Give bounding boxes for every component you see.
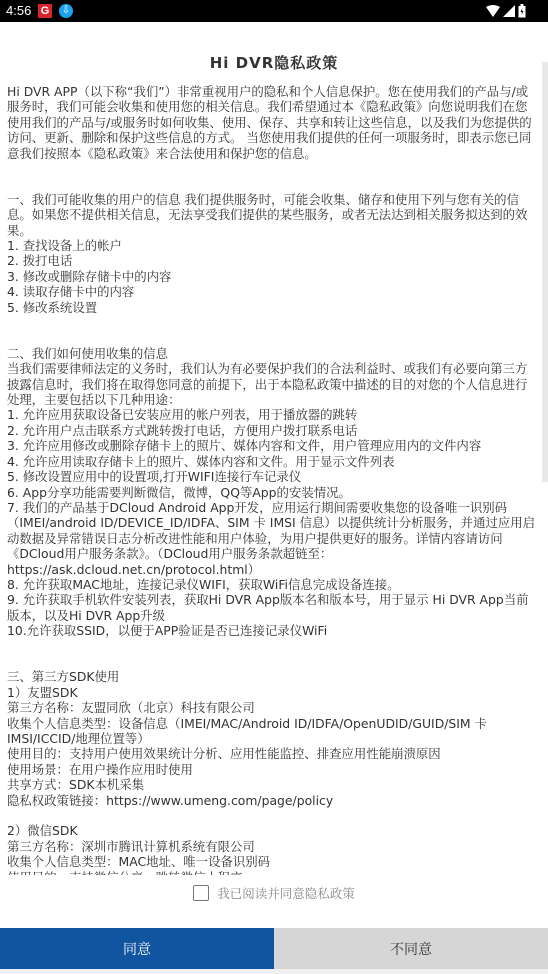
status-bar: 4:56 G ⇩ bbox=[0, 0, 548, 22]
sdk-purpose: 使用目的：支持微信分享、跳转微信小程序 bbox=[7, 870, 539, 875]
agree-checkbox[interactable] bbox=[193, 885, 209, 901]
intro-paragraph: Hi DVR APP（以下称“我们”）非常重视用户的隐私和个人信息保护。您在使用… bbox=[7, 84, 539, 161]
nav-strip bbox=[0, 969, 548, 974]
section2-item: 4. 允许应用读取存储卡上的照片、媒体内容和文件。用于显示文件列表 bbox=[7, 454, 539, 469]
section1-item: 1. 查找设备上的帐户 bbox=[7, 238, 539, 253]
sdk-info-types: 收集个人信息类型：设备信息（IMEI/MAC/Android ID/IDFA/O… bbox=[7, 716, 539, 747]
section2-item: 10.允许获取SSID，以便于APP验证是否已连接记录仪WiFi bbox=[7, 623, 539, 638]
sdk-purpose: 使用目的：支持用户使用效果统计分析、应用性能监控、排查应用性能崩溃原因 bbox=[7, 746, 539, 761]
section1-item: 4. 读取存储卡中的内容 bbox=[7, 284, 539, 299]
agree-button[interactable]: 同意 bbox=[0, 928, 274, 969]
sdk-info-types: 收集个人信息类型：MAC地址、唯一设备识别码 bbox=[7, 854, 539, 869]
wifi-icon bbox=[486, 5, 500, 17]
section2-desc: 当我们需要律师法定的义务时，我们认为有必要保护我们的合法利益时、或我们有必要向第… bbox=[7, 361, 539, 407]
section2-item: 2. 允许用户点击联系方式跳转拨打电话，方便用户拨打联系电话 bbox=[7, 423, 539, 438]
section1-item: 5. 修改系统设置 bbox=[7, 300, 539, 315]
section2-item: 1. 允许应用获取设备已安装应用的帐户列表，用于播放器的跳转 bbox=[7, 407, 539, 422]
sdk-company: 第三方名称：深圳市腾讯计算机系统有限公司 bbox=[7, 839, 539, 854]
page-title: Hi DVR隐私政策 bbox=[0, 52, 548, 74]
status-time: 4:56 bbox=[6, 3, 31, 18]
action-bar: 同意 不同意 bbox=[0, 928, 548, 969]
sdk-company: 第三方名称：友盟同欣（北京）科技有限公司 bbox=[7, 700, 539, 715]
sdk-sharing: 共享方式：SDK本机采集 bbox=[7, 777, 539, 792]
policy-scroll-view[interactable]: Hi DVR隐私政策 Hi DVR APP（以下称“我们”）非常重视用户的隐私和… bbox=[0, 22, 548, 875]
scrollbar[interactable] bbox=[542, 62, 548, 482]
section3-heading: 三、第三方SDK使用 bbox=[7, 669, 539, 684]
section1-heading: 一、我们可能收集的用户的信息 我们提供服务时，可能会收集、储存和使用下列与您有关… bbox=[7, 192, 539, 238]
section2-item: 9. 允许获取手机软件安装列表，获取Hi DVR App版本名和版本号，用于显示… bbox=[7, 592, 539, 623]
agree-checkbox-label[interactable]: 我已阅读并同意隐私政策 bbox=[217, 884, 355, 902]
signal-icon bbox=[503, 5, 515, 17]
section1-item: 3. 修改或删除存储卡中的内容 bbox=[7, 269, 539, 284]
sdk-scenario: 使用场景：在用户操作应用时使用 bbox=[7, 762, 539, 777]
agree-checkbox-row[interactable]: 我已阅读并同意隐私政策 bbox=[0, 880, 548, 906]
section2-item: 8. 允许获取MAC地址，连接记录仪WIFI，获取WiFi信息完成设备连接。 bbox=[7, 577, 539, 592]
sdk-name: 1）友盟SDK bbox=[7, 685, 539, 700]
section1-item: 2. 拨打电话 bbox=[7, 253, 539, 268]
download-icon: ⇩ bbox=[59, 4, 73, 18]
section2-item-dcloud[interactable]: 7. 我们的产品基于DCloud Android App开发，应用运行期间需要收… bbox=[7, 500, 539, 577]
g-app-icon: G bbox=[38, 4, 52, 18]
section2-heading: 二、我们如何使用收集的信息 bbox=[7, 346, 539, 361]
sdk-name: 2）微信SDK bbox=[7, 823, 539, 838]
section2-item: 3. 允许应用修改或删除存储卡上的照片、媒体内容和文件，用户管理应用内的文件内容 bbox=[7, 438, 539, 453]
system-icons bbox=[486, 3, 526, 19]
section2-item: 6. App分享功能需要判断微信，微博，QQ等App的安装情况。 bbox=[7, 485, 539, 500]
policy-body: Hi DVR APP（以下称“我们”）非常重视用户的隐私和个人信息保护。您在使用… bbox=[7, 84, 539, 875]
section2-item: 5. 修改设置应用中的设置项,打开WIFI连接行车记录仪 bbox=[7, 469, 539, 484]
disagree-button[interactable]: 不同意 bbox=[274, 928, 548, 969]
sdk-policy-link[interactable]: 隐私权政策链接：https://www.umeng.com/page/polic… bbox=[7, 793, 539, 808]
battery-charging-icon bbox=[518, 4, 526, 18]
